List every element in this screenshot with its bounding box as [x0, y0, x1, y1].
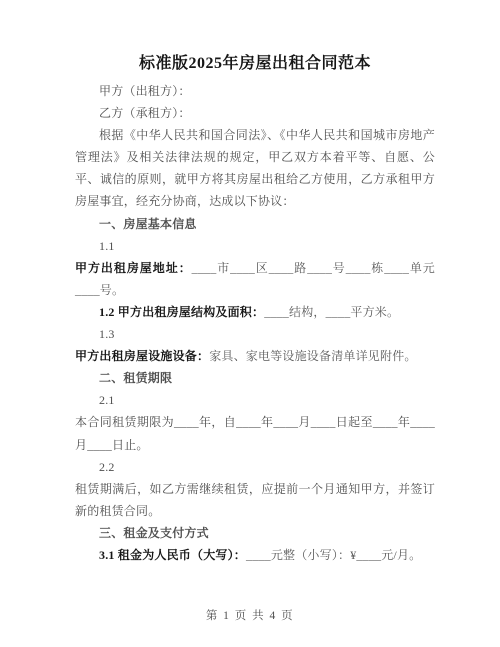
clause-1-3-text: 甲方出租房屋设施设备：家具、家电等设施设备清单详见附件。 — [75, 345, 435, 367]
clause-1-3-label: 甲方出租房屋设施设备： — [75, 349, 209, 363]
preamble-paragraph: 根据《中华人民共和国合同法》、《中华人民共和国城市房地产管理法》及相关法律法规的… — [75, 124, 435, 212]
clause-1-2-text: 1.2 甲方出租房屋结构及面积：____结构，____平方米。 — [75, 301, 435, 323]
document-content: 标准版2025年房屋出租合同范本 甲方（出租方）： 乙方（承租方）： 根据《中华… — [75, 53, 435, 566]
clause-2-2-number: 2.2 — [75, 456, 435, 478]
clause-2-1-text: 本合同租赁期限为____年，自____年____月____日起至____年___… — [75, 411, 435, 455]
clause-1-1-number: 1.1 — [75, 235, 435, 257]
clause-2-2-text: 租赁期满后，如乙方需继续租赁，应提前一个月通知甲方，并签订新的租赁合同。 — [75, 478, 435, 522]
section-2-heading: 二、租赁期限 — [75, 367, 435, 389]
clause-3-1-label: 3.1 租金为人民币（大写）： — [99, 548, 246, 562]
clause-1-3-value: 家具、家电等设施设备清单详见附件。 — [209, 349, 416, 363]
page-number-indicator: 第 1 页 共 4 页 — [0, 607, 500, 623]
party-b-line: 乙方（承租方）： — [75, 102, 435, 124]
clause-1-1-label: 甲方出租房屋地址： — [75, 261, 192, 275]
party-a-line: 甲方（出租方）： — [75, 80, 435, 102]
document-title: 标准版2025年房屋出租合同范本 — [75, 53, 435, 75]
clause-3-1-blank-value: ____元整（小写）：¥____元/月。 — [246, 548, 421, 562]
clause-1-1-text: 甲方出租房屋地址：____市____区____路____号____栋____单元… — [75, 257, 435, 301]
section-1-heading: 一、房屋基本信息 — [75, 213, 435, 235]
clause-1-2-label: 1.2 甲方出租房屋结构及面积： — [99, 305, 264, 319]
clause-2-1-number: 2.1 — [75, 389, 435, 411]
clause-1-2-blank-value: ____结构，____平方米。 — [264, 305, 399, 319]
clause-1-3-number: 1.3 — [75, 323, 435, 345]
contract-document-page: 标准版2025年房屋出租合同范本 甲方（出租方）： 乙方（承租方）： 根据《中华… — [0, 0, 500, 647]
section-3-heading: 三、租金及支付方式 — [75, 522, 435, 544]
clause-3-1-text: 3.1 租金为人民币（大写）：____元整（小写）：¥____元/月。 — [75, 544, 435, 566]
